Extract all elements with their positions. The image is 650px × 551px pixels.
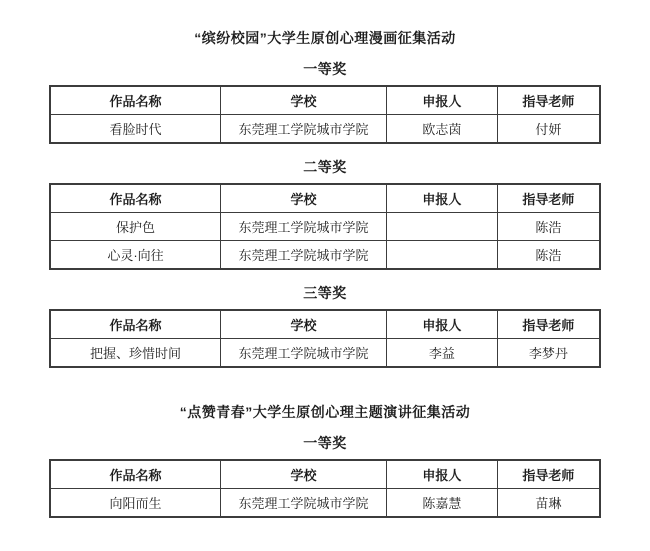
activity-section-speech: “点赞青春”大学生原创心理主题演讲征集活动 一等奖 作品名称 学校 申报人 指导… [0,404,650,518]
cell-school: 东莞理工学院城市学院 [221,241,387,270]
cell-applicant [387,241,498,270]
activity-section-comics: “缤纷校园”大学生原创心理漫画征集活动 一等奖 作品名称 学校 申报人 指导老师… [0,30,650,368]
table-row: 保护色 东莞理工学院城市学院 陈浩 [50,213,600,241]
header-cell-school: 学校 [221,184,387,213]
table-row: 把握、珍惜时间 东莞理工学院城市学院 李益 李梦丹 [50,339,600,368]
header-cell-work: 作品名称 [50,184,221,213]
awards-table: 作品名称 学校 申报人 指导老师 看脸时代 东莞理工学院城市学院 欧志茵 付妍 [49,85,601,144]
table-header-row: 作品名称 学校 申报人 指导老师 [50,184,600,213]
header-cell-advisor: 指导老师 [497,310,600,339]
header-cell-advisor: 指导老师 [497,184,600,213]
document-page: “缤纷校园”大学生原创心理漫画征集活动 一等奖 作品名称 学校 申报人 指导老师… [0,0,650,551]
cell-applicant: 李益 [387,339,498,368]
awards-table: 作品名称 学校 申报人 指导老师 保护色 东莞理工学院城市学院 陈浩 心灵·向往… [49,183,601,270]
table-header-row: 作品名称 学校 申报人 指导老师 [50,310,600,339]
header-cell-applicant: 申报人 [387,86,498,115]
header-cell-advisor: 指导老师 [497,460,600,489]
cell-advisor: 陈浩 [497,241,600,270]
cell-applicant [387,213,498,241]
prize-group-second: 二等奖 作品名称 学校 申报人 指导老师 保护色 东莞理工学院城市学院 陈浩 心… [0,159,650,270]
cell-advisor: 付妍 [497,115,600,144]
header-cell-work: 作品名称 [50,460,221,489]
prize-group-first: 一等奖 作品名称 学校 申报人 指导老师 向阳而生 东莞理工学院城市学院 陈嘉慧… [0,435,650,518]
cell-applicant: 陈嘉慧 [387,489,498,518]
prize-heading: 一等奖 [0,435,650,451]
awards-table: 作品名称 学校 申报人 指导老师 向阳而生 东莞理工学院城市学院 陈嘉慧 苗琳 [49,459,601,518]
cell-work: 看脸时代 [50,115,221,144]
table-header-row: 作品名称 学校 申报人 指导老师 [50,460,600,489]
header-cell-school: 学校 [221,460,387,489]
cell-advisor: 苗琳 [497,489,600,518]
table-header-row: 作品名称 学校 申报人 指导老师 [50,86,600,115]
prize-heading: 三等奖 [0,285,650,301]
cell-school: 东莞理工学院城市学院 [221,115,387,144]
header-cell-applicant: 申报人 [387,460,498,489]
prize-group-first: 一等奖 作品名称 学校 申报人 指导老师 看脸时代 东莞理工学院城市学院 欧志茵… [0,61,650,144]
table-row: 心灵·向往 东莞理工学院城市学院 陈浩 [50,241,600,270]
cell-school: 东莞理工学院城市学院 [221,213,387,241]
awards-table: 作品名称 学校 申报人 指导老师 把握、珍惜时间 东莞理工学院城市学院 李益 李… [49,309,601,368]
cell-applicant: 欧志茵 [387,115,498,144]
cell-school: 东莞理工学院城市学院 [221,339,387,368]
header-cell-advisor: 指导老师 [497,86,600,115]
prize-group-third: 三等奖 作品名称 学校 申报人 指导老师 把握、珍惜时间 东莞理工学院城市学院 … [0,285,650,368]
table-row: 向阳而生 东莞理工学院城市学院 陈嘉慧 苗琳 [50,489,600,518]
cell-work: 向阳而生 [50,489,221,518]
cell-work: 把握、珍惜时间 [50,339,221,368]
prize-heading: 二等奖 [0,159,650,175]
cell-advisor: 李梦丹 [497,339,600,368]
header-cell-school: 学校 [221,86,387,115]
activity-title: “缤纷校园”大学生原创心理漫画征集活动 [0,30,650,46]
table-row: 看脸时代 东莞理工学院城市学院 欧志茵 付妍 [50,115,600,144]
header-cell-work: 作品名称 [50,86,221,115]
cell-work: 保护色 [50,213,221,241]
cell-school: 东莞理工学院城市学院 [221,489,387,518]
header-cell-applicant: 申报人 [387,184,498,213]
activity-title: “点赞青春”大学生原创心理主题演讲征集活动 [0,404,650,420]
header-cell-work: 作品名称 [50,310,221,339]
header-cell-applicant: 申报人 [387,310,498,339]
cell-advisor: 陈浩 [497,213,600,241]
cell-work: 心灵·向往 [50,241,221,270]
header-cell-school: 学校 [221,310,387,339]
prize-heading: 一等奖 [0,61,650,77]
